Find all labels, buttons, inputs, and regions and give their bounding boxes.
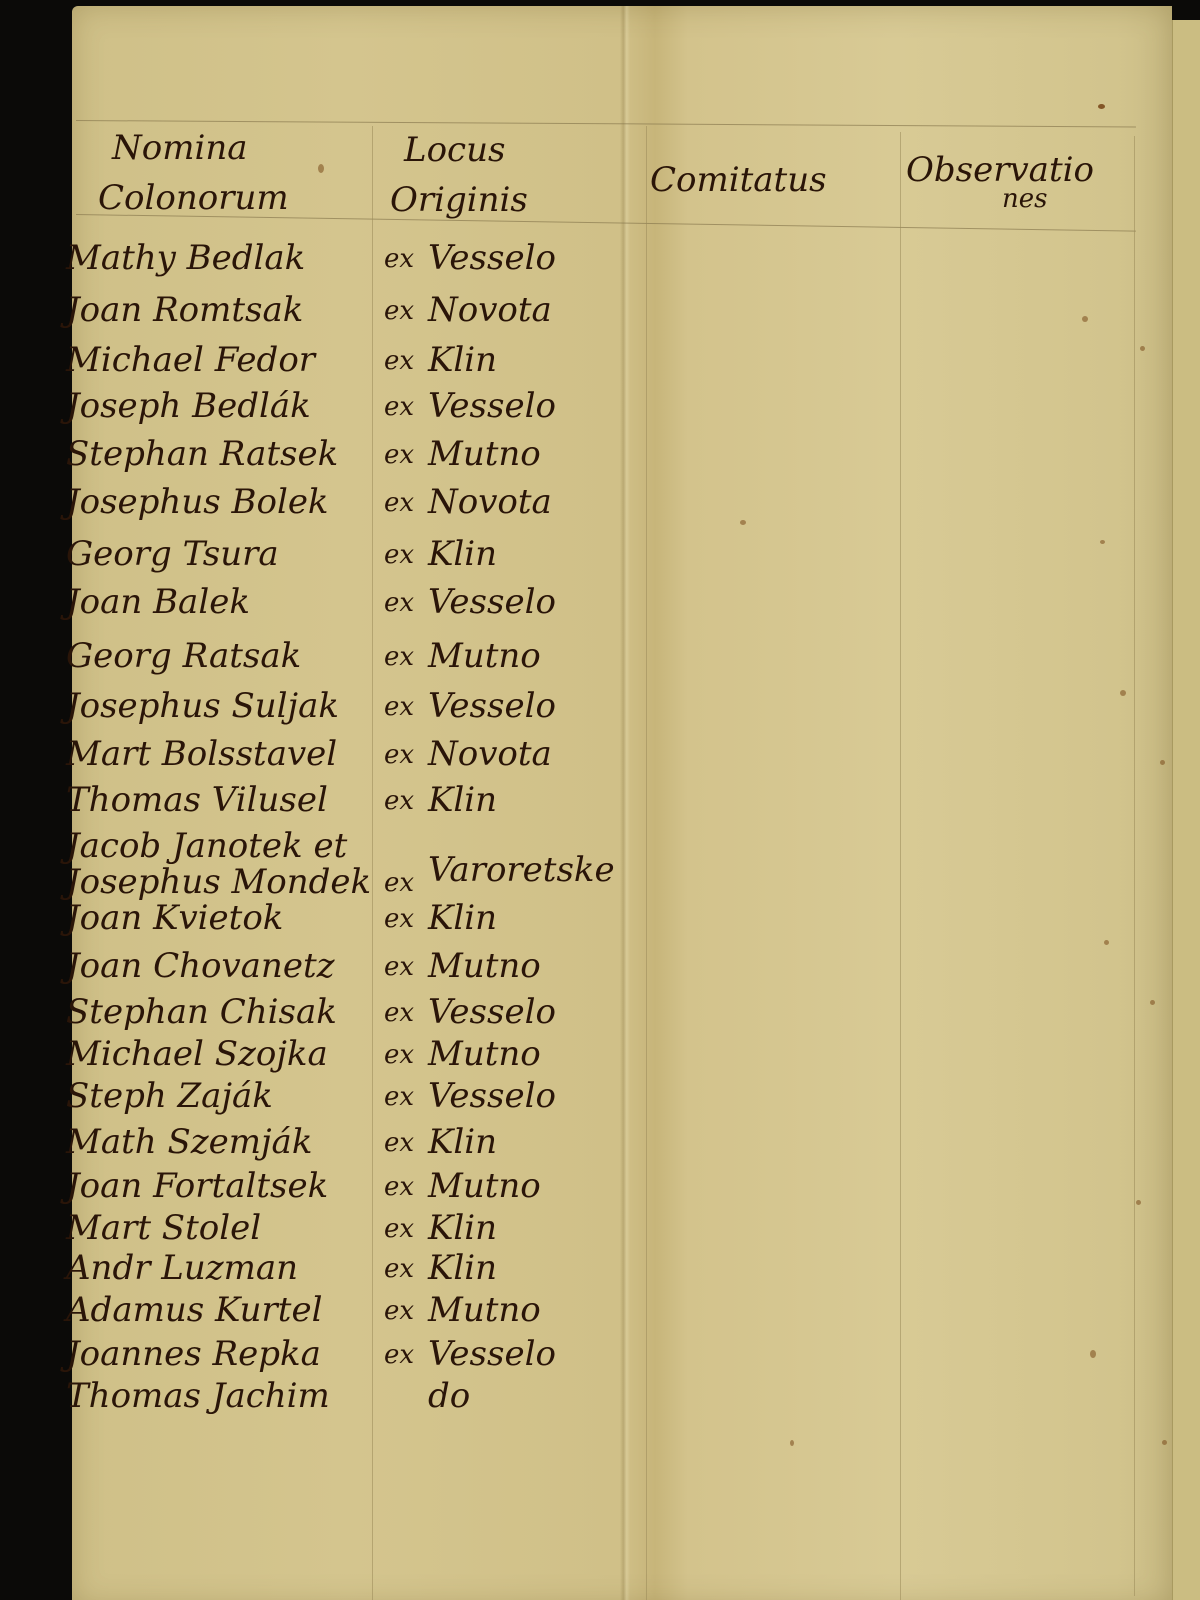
colonist-name: Andr Luzman (66, 1248, 298, 1288)
stain (1090, 1350, 1096, 1358)
header-text: nes (1002, 184, 1047, 214)
origin-place: Novota (428, 734, 552, 774)
colonist-name: Josephus Mondek (66, 862, 371, 902)
ex-label: ex (384, 346, 414, 376)
colonist-name: Joseph Bedlák (66, 386, 311, 426)
ex-label: ex (384, 244, 414, 274)
origin-place: Klin (428, 340, 497, 380)
colonist-name: Stephan Chisak (66, 992, 337, 1032)
colonist-name: Jacob Janotek et (66, 826, 347, 866)
colonist-name: Josephus Suljak (66, 686, 339, 726)
stain (740, 520, 746, 525)
next-page-edge (1172, 20, 1200, 1600)
header-text: Originis (390, 180, 528, 220)
colonist-name: Michael Fedor (66, 340, 315, 380)
stain (1082, 316, 1088, 322)
ex-label: ex (384, 1172, 414, 1202)
ex-label: ex (384, 998, 414, 1028)
stain (1098, 104, 1105, 109)
header-text: Comitatus (650, 160, 827, 200)
colonist-name: Joan Chovanetz (66, 946, 335, 986)
ex-label: ex (384, 440, 414, 470)
ex-label: ex (384, 1340, 414, 1370)
colonist-name: Joan Kvietok (66, 898, 283, 938)
origin-place: Vesselo (428, 992, 556, 1032)
ex-label: ex (384, 868, 414, 898)
stain (1120, 690, 1126, 696)
ex-label: ex (384, 392, 414, 422)
ex-label: ex (384, 952, 414, 982)
ex-label: ex (384, 1214, 414, 1244)
ex-label: ex (384, 540, 414, 570)
colonist-name: Math Szemják (66, 1122, 312, 1162)
header-text: Nomina (112, 128, 248, 168)
origin-place: Varoretske (428, 850, 615, 890)
ex-label: ex (384, 1296, 414, 1326)
origin-place: Vesselo (428, 582, 556, 622)
ex-label: ex (384, 488, 414, 518)
origin-place: do (428, 1376, 470, 1416)
origin-place: Mutno (428, 1034, 541, 1074)
origin-place: Klin (428, 780, 497, 820)
origin-place: Vesselo (428, 1334, 556, 1374)
colonist-name: Joan Fortaltsek (66, 1166, 328, 1206)
ex-label: ex (384, 1254, 414, 1284)
column-divider-2 (646, 126, 647, 1600)
colonist-name: Mart Stolel (66, 1208, 261, 1248)
origin-place: Klin (428, 1208, 497, 1248)
column-divider-4 (1134, 136, 1135, 1596)
ex-label: ex (384, 786, 414, 816)
colonist-name: Joan Romtsak (66, 290, 303, 330)
origin-place: Vesselo (428, 386, 556, 426)
column-divider-3 (900, 132, 901, 1600)
origin-place: Klin (428, 534, 497, 574)
header-text: Locus (404, 130, 505, 170)
ex-label: ex (384, 904, 414, 934)
colonist-name: Steph Zaják (66, 1076, 273, 1116)
origin-place: Mutno (428, 434, 541, 474)
ex-label: ex (384, 1128, 414, 1158)
stain (790, 1440, 794, 1446)
colonist-name: Adamus Kurtel (66, 1290, 322, 1330)
colonist-name: Thomas Vilusel (66, 780, 328, 820)
origin-place: Mutno (428, 946, 541, 986)
column-divider-1 (372, 126, 373, 1600)
origin-place: Mutno (428, 1166, 541, 1206)
stain (318, 164, 324, 173)
origin-place: Vesselo (428, 1076, 556, 1116)
stain (1150, 1000, 1155, 1005)
origin-place: Klin (428, 1122, 497, 1162)
colonist-name: Josephus Bolek (66, 482, 329, 522)
colonist-name: Mathy Bedlak (66, 238, 305, 278)
stain (1104, 940, 1109, 945)
ex-label: ex (384, 1040, 414, 1070)
colonist-name: Georg Ratsak (66, 636, 301, 676)
stain (1160, 760, 1165, 765)
header-text: Colonorum (98, 178, 289, 218)
origin-place: Klin (428, 898, 497, 938)
colonist-name: Stephan Ratsek (66, 434, 338, 474)
stain (1136, 1200, 1141, 1205)
page-fold (620, 6, 630, 1600)
ex-label: ex (384, 642, 414, 672)
colonist-name: Mart Bolsstavel (66, 734, 337, 774)
ex-label: ex (384, 588, 414, 618)
ex-label: ex (384, 296, 414, 326)
ex-label: ex (384, 740, 414, 770)
colonist-name: Georg Tsura (66, 534, 279, 574)
stain (1140, 346, 1145, 351)
origin-place: Novota (428, 482, 552, 522)
stain (1100, 540, 1105, 544)
ex-label: ex (384, 1082, 414, 1112)
stain (1162, 1440, 1167, 1445)
origin-place: Mutno (428, 636, 541, 676)
origin-place: Klin (428, 1248, 497, 1288)
colonist-name: Joan Balek (66, 582, 250, 622)
colonist-name: Thomas Jachim (66, 1376, 330, 1416)
colonist-name: Michael Szojka (66, 1034, 328, 1074)
ex-label: ex (384, 692, 414, 722)
origin-place: Novota (428, 290, 552, 330)
origin-place: Vesselo (428, 686, 556, 726)
header-top-rule (76, 120, 1136, 127)
colonist-name: Joannes Repka (66, 1334, 321, 1374)
origin-place: Vesselo (428, 238, 556, 278)
origin-place: Mutno (428, 1290, 541, 1330)
header-text: Observatio (906, 150, 1094, 190)
